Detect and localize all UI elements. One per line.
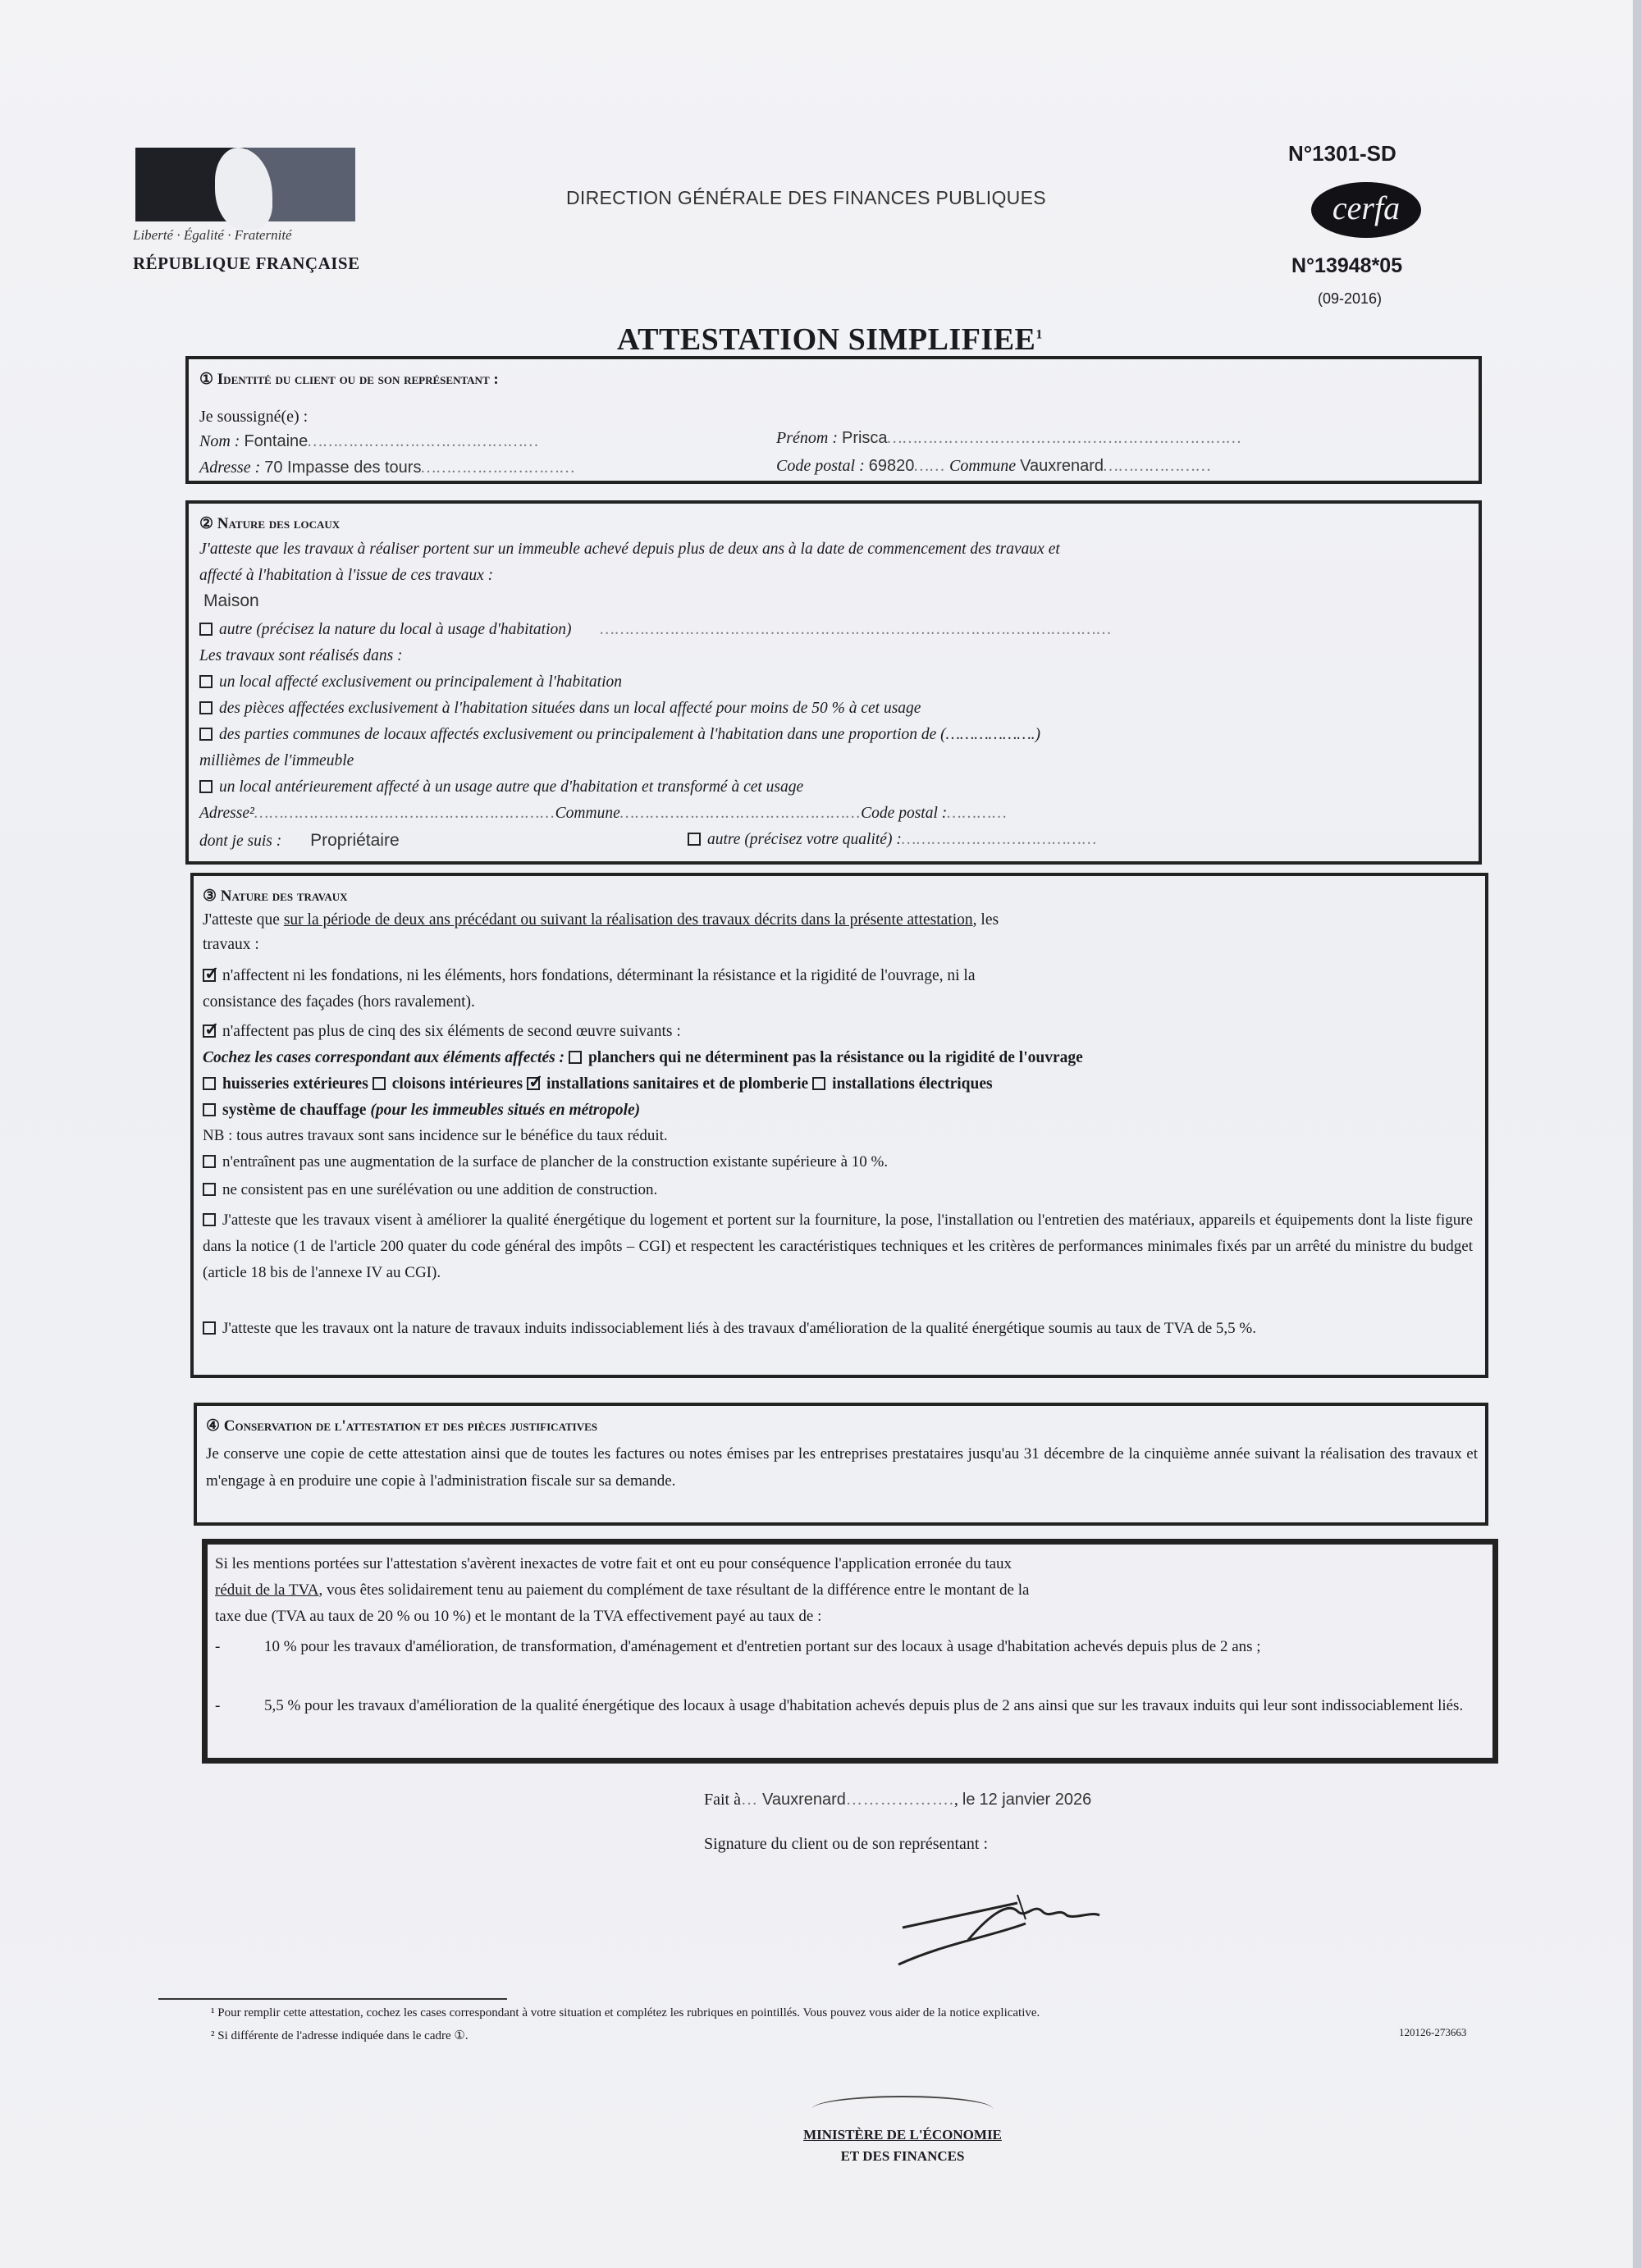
section2-intro-2: affecté à l'habitation à l'issue de ces … [199, 566, 493, 585]
option-surelevation: ne consistent pas en une surélévation ou… [203, 1181, 657, 1200]
quality-label: dont je suis : [199, 833, 281, 850]
warning-bullet-2-text: 5,5 % pour les travaux d'amélioration de… [264, 1697, 1463, 1714]
element-label-cloisons: cloisons intérieures [392, 1075, 523, 1093]
adresse-value[interactable]: 70 Impasse des tours [264, 459, 421, 477]
quality-other-option: autre (précisez votre qualité) :……………………… [688, 830, 1097, 849]
nom-field: Nom : Fontaine……………………………………… [199, 431, 539, 451]
warning-line-2: réduit de la TVA, vous êtes solidairemen… [215, 1581, 1029, 1600]
realized-label: Les travaux sont réalisés dans : [199, 646, 403, 665]
element-label-sanitaires: installations sanitaires et de plomberie [546, 1075, 808, 1093]
section3-intro-1: J'atteste que sur la période de deux ans… [203, 910, 999, 929]
condition-2-checkbox[interactable] [203, 1024, 216, 1038]
cochez-label: Cochez les cases correspondant aux éléme… [203, 1049, 565, 1066]
condition-2: n'affectent pas plus de cinq des six élé… [203, 1022, 681, 1041]
location-checkbox-1[interactable] [199, 675, 213, 688]
premises-type-value[interactable]: Maison [203, 591, 259, 611]
element-label-chauffage: système de chauffage [222, 1102, 366, 1119]
condition-1-checkbox[interactable] [203, 969, 216, 982]
fait-dots-b: ………………. [846, 1791, 954, 1809]
condition-1-cont: consistance des façades (hors ravalement… [203, 993, 475, 1011]
quality-value[interactable]: Propriétaire [310, 831, 400, 850]
option-energy: J'atteste que les travaux visent à améli… [203, 1207, 1473, 1286]
ministry-footer: MINISTÈRE DE L'ÉCONOMIE ET DES FINANCES [763, 2124, 1042, 2166]
section3-heading: ③ Nature des travaux [203, 888, 347, 906]
intro-part-c: , les [973, 911, 999, 929]
commune-value[interactable]: Vauxrenard [1020, 457, 1104, 475]
agency-name: DIRECTION GÉNÉRALE DES FINANCES PUBLIQUE… [566, 187, 1046, 209]
document-page: Liberté · Égalité · Fraternité RÉPUBLIQU… [0, 0, 1633, 2268]
element-checkbox-electriques[interactable] [812, 1077, 825, 1090]
prenom-value[interactable]: Prisca [842, 429, 888, 447]
logo-republic: RÉPUBLIQUE FRANÇAISE [133, 253, 360, 274]
milliemes-label: millièmes de l'immeuble [199, 751, 354, 770]
cp-label: Code postal : [776, 457, 865, 475]
warning-bullet-1: -10 % pour les travaux d'amélioration, d… [215, 1634, 1485, 1660]
date-label: le [962, 1791, 976, 1809]
warning-bullet-1-text: 10 % pour les travaux d'amélioration, de… [264, 1638, 1261, 1655]
works-cp-dots: ………… [947, 805, 1007, 822]
condition-2-label: n'affectent pas plus de cinq des six élé… [222, 1023, 681, 1040]
option-surface: n'entraînent pas une augmentation de la … [203, 1153, 888, 1172]
fait-line: Fait à… Vauxrenard………………., le 12 janvier… [704, 1790, 1091, 1809]
prenom-label: Prénom : [776, 429, 838, 447]
section2-heading: ② Nature des locaux [199, 515, 340, 534]
location-label-2: des pièces affectées exclusivement à l'h… [219, 700, 921, 717]
warning-line-2-rest: , vous êtes solidairement tenu au paieme… [318, 1581, 1029, 1599]
ministry-line-2: ET DES FINANCES [763, 2146, 1042, 2167]
handwritten-signature [894, 1878, 1124, 1977]
premises-other-option: autre (précisez la nature du local à usa… [199, 620, 1112, 639]
works-address-field: Adresse²……………………………………………………Commune……………… [199, 804, 1008, 823]
quality-other-label: autre (précisez votre qualité) : [707, 831, 902, 848]
prenom-field: Prénom : Prisca…………………………………………………………… [776, 428, 1242, 448]
element-checkbox-cloisons[interactable] [373, 1077, 386, 1090]
location-label-1: un local affecté exclusivement ou princi… [219, 673, 622, 691]
cp-value[interactable]: 69820 [869, 457, 915, 475]
section3-intro-2: travaux : [203, 935, 259, 954]
location-option-3: des parties communes de locaux affectés … [199, 725, 1040, 744]
location-checkbox-2[interactable] [199, 701, 213, 714]
commune-dots: ………………… [1104, 457, 1211, 475]
option-surelevation-checkbox[interactable] [203, 1183, 216, 1196]
condition-1-label: n'affectent ni les fondations, ni les él… [222, 967, 975, 984]
location-checkbox-4[interactable] [199, 780, 213, 793]
cerfa-number: N°13948*05 [1291, 254, 1402, 278]
element-checkbox-chauffage[interactable] [203, 1103, 216, 1116]
location-option-4: un local antérieurement affecté à un usa… [199, 778, 803, 796]
adresse-label: Adresse : [199, 459, 260, 477]
fait-label: Fait à [704, 1791, 741, 1809]
option-induced-checkbox[interactable] [203, 1321, 216, 1335]
ministry-logo-arc [812, 2096, 993, 2122]
fait-dots-a: … [741, 1791, 758, 1809]
works-adresse-label: Adresse² [199, 805, 254, 822]
quality-field: dont je suis : Propriétaire [199, 830, 400, 851]
works-adresse-dots: …………………………………………………… [254, 805, 555, 822]
option-surelevation-label: ne consistent pas en une surélévation ou… [222, 1181, 657, 1198]
nb-note: NB : tous autres travaux sont sans incid… [203, 1127, 668, 1146]
intro-part-b: sur la période de deux ans précédant ou … [284, 911, 973, 929]
section4-heading: ④ Conservation de l'attestation et des p… [206, 1417, 597, 1436]
element-checkbox-huisseries[interactable] [203, 1077, 216, 1090]
element-checkbox-planchers[interactable] [569, 1051, 582, 1064]
bullet-dash: - [215, 1693, 264, 1719]
section2-intro-1: J'atteste que les travaux à réaliser por… [199, 540, 1060, 559]
footnote-2: ² Si différente de l'adresse indiquée da… [211, 2028, 469, 2043]
cerfa-date: (09-2016) [1318, 290, 1382, 308]
footnote-separator [158, 1998, 507, 2000]
title-text: ATTESTATION SIMPLIFIEE [617, 322, 1035, 357]
elements-line-2: huisseries extérieures cloisons intérieu… [203, 1075, 993, 1093]
elements-line-1: Cochez les cases correspondant aux éléme… [203, 1048, 1083, 1067]
option-energy-label: J'atteste que les travaux visent à améli… [203, 1212, 1473, 1281]
element-label-huisseries: huisseries extérieures [222, 1075, 368, 1093]
element-label-planchers: planchers qui ne déterminent pas la rési… [588, 1049, 1083, 1066]
chauffage-note: (pour les immeubles situés en métropole) [370, 1102, 640, 1119]
signature-label: Signature du client ou de son représenta… [704, 1834, 988, 1854]
adresse-field: Adresse : 70 Impasse des tours………………………… [199, 458, 575, 477]
element-checkbox-sanitaires[interactable] [527, 1077, 540, 1090]
option-surface-checkbox[interactable] [203, 1155, 216, 1168]
title-footnote-ref: 1 [1035, 327, 1043, 341]
premises-other-checkbox[interactable] [199, 623, 213, 636]
warning-line-1: Si les mentions portées sur l'attestatio… [215, 1555, 1485, 1574]
elements-line-3: système de chauffage (pour les immeubles… [203, 1101, 640, 1120]
section-works [190, 873, 1488, 1378]
works-commune-dots: ………………………………………… [620, 805, 861, 822]
warning-tva-underlined: réduit de la TVA [215, 1581, 318, 1599]
nom-label: Nom : [199, 432, 240, 450]
section4-text: Je conserve une copie de cette attestati… [206, 1440, 1478, 1495]
location-option-1: un local affecté exclusivement ou princi… [199, 673, 622, 691]
form-reference: 120126-273663 [1399, 2026, 1466, 2039]
intro-part-a: J'atteste que [203, 911, 280, 929]
prenom-dots: …………………………………………………………… [888, 429, 1242, 447]
nom-dots: ……………………………………… [308, 432, 539, 450]
works-commune-label: Commune [555, 805, 620, 822]
ministry-line-1: MINISTÈRE DE L'ÉCONOMIE [763, 2124, 1042, 2146]
option-induced: J'atteste que les travaux ont la nature … [203, 1316, 1473, 1342]
form-number: N°1301-SD [1288, 141, 1396, 167]
document-title: ATTESTATION SIMPLIFIEE1 [617, 322, 1043, 358]
cerfa-logo: cerfa [1311, 182, 1421, 238]
premises-other-label: autre (précisez la nature du local à usa… [219, 621, 572, 638]
location-label-4: un local antérieurement affecté à un usa… [219, 778, 803, 796]
adresse-dots: ………………………… [421, 459, 575, 477]
location-label-3: des parties communes de locaux affectés … [219, 726, 1040, 743]
date-value[interactable]: 12 janvier 2026 [980, 1791, 1092, 1809]
location-option-2: des pièces affectées exclusivement à l'h… [199, 699, 921, 718]
cp-dots: …… [914, 457, 945, 475]
warning-line-3: taxe due (TVA au taux de 20 % ou 10 %) e… [215, 1608, 821, 1627]
condition-1: n'affectent ni les fondations, ni les él… [203, 966, 975, 985]
section1-heading: ① Identité du client ou de son représent… [199, 371, 499, 390]
nom-value[interactable]: Fontaine [244, 432, 308, 450]
commune-label: Commune [949, 457, 1016, 475]
fait-value[interactable]: Vauxrenard [762, 1791, 846, 1809]
option-energy-checkbox[interactable] [203, 1213, 216, 1226]
bullet-dash: - [215, 1634, 264, 1660]
option-surface-label: n'entraînent pas une augmentation de la … [222, 1153, 888, 1171]
quality-other-checkbox[interactable] [688, 833, 701, 846]
quality-other-dots: ………………………………… [902, 831, 1097, 848]
warning-bullet-2: -5,5 % pour les travaux d'amélioration d… [215, 1693, 1485, 1719]
location-checkbox-3[interactable] [199, 728, 213, 741]
works-cp-label: Code postal : [861, 805, 947, 822]
element-label-electriques: installations électriques [832, 1075, 993, 1093]
option-induced-label: J'atteste que les travaux ont la nature … [222, 1320, 1256, 1337]
cp-commune-field: Code postal : 69820…… Commune Vauxrenard… [776, 456, 1212, 476]
footnote-1: ¹ Pour remplir cette attestation, cochez… [211, 2006, 1040, 2020]
premises-other-dots: ………………………………………………………………………………………… [600, 621, 1112, 638]
logo-motto: Liberté · Égalité · Fraternité [133, 227, 292, 244]
section1-intro: Je soussigné(e) : [199, 407, 308, 427]
